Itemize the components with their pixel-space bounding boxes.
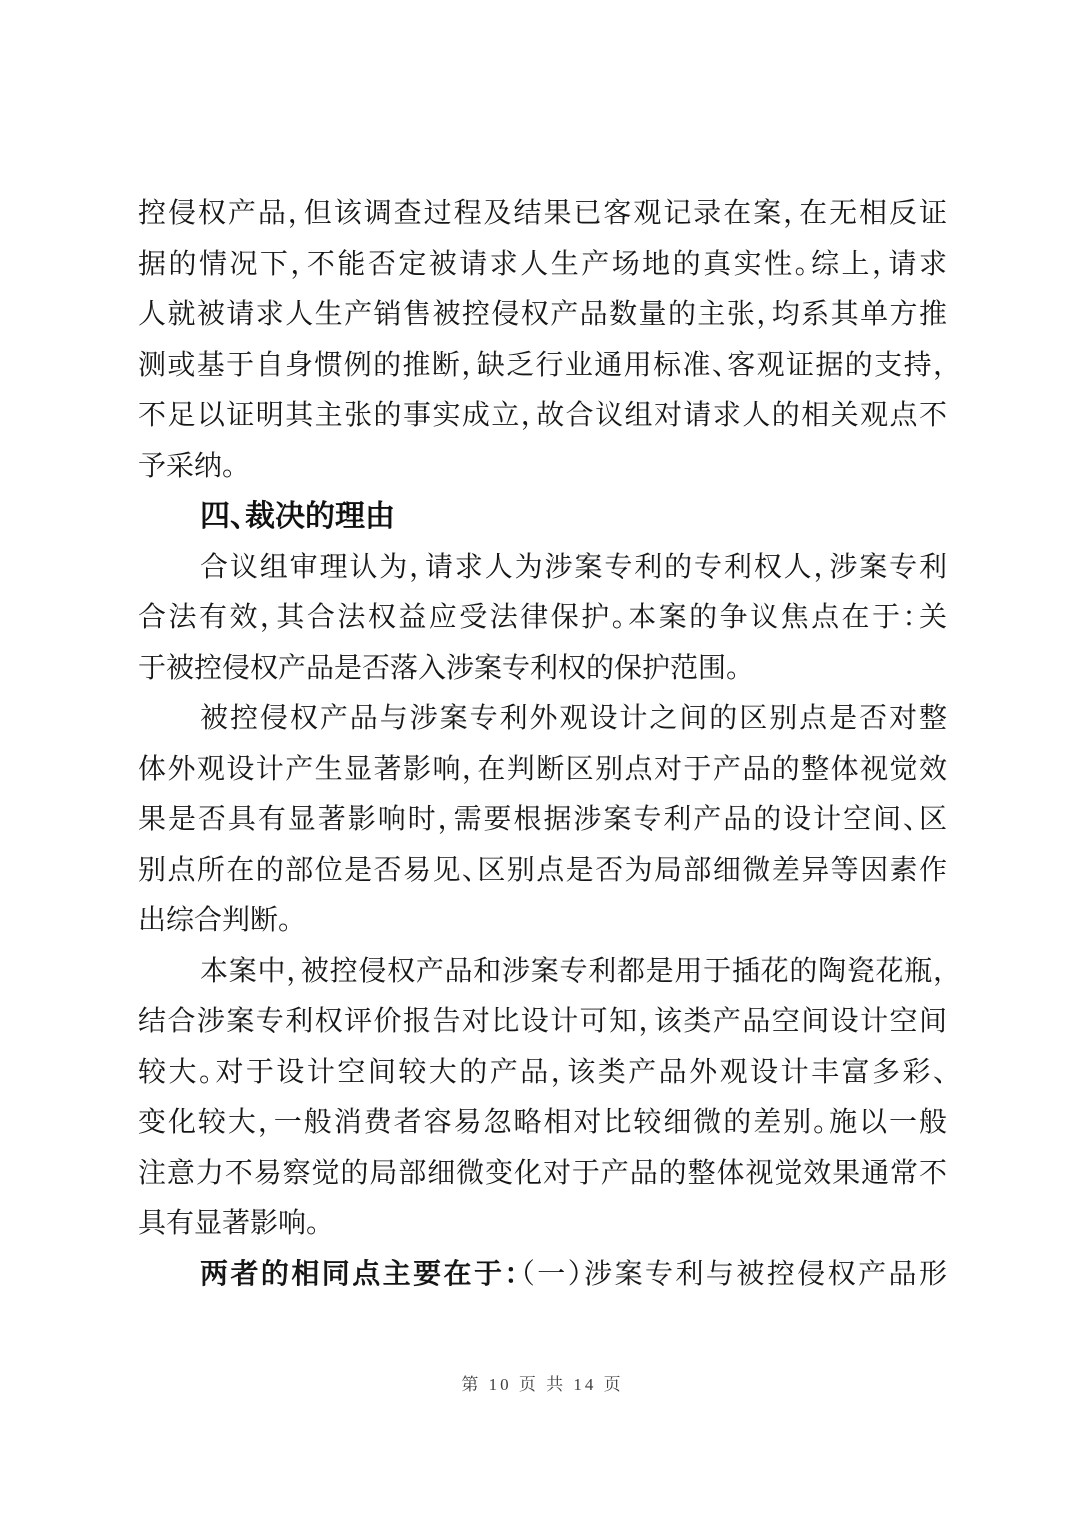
bold-lead-text: 两者的相同点主要在于： — [200, 1259, 521, 1290]
text-line: 出综合判断。 — [138, 896, 947, 947]
page-number-text: 第 10 页 共 14 页 — [461, 1375, 623, 1394]
text-line: 体外观设计产生显著影响，在判断区别点对于产品的整体视觉效 — [138, 745, 947, 796]
text-line: 控侵权产品，但该调查过程及结果已客观记录在案，在无相反证 — [138, 189, 947, 240]
paragraph-similarities: 两者的相同点主要在于：（一）涉案专利与被控侵权产品形 — [138, 1250, 947, 1301]
text-line: 注意力不易察觉的局部细微变化对于产品的整体视觉效果通常不 — [138, 1149, 947, 1200]
document-body: 控侵权产品，但该调查过程及结果已客观记录在案，在无相反证 据的情况下，不能否定被… — [138, 189, 947, 1300]
text-line: 较大。对于设计空间较大的产品，该类产品外观设计丰富多彩、 — [138, 1048, 947, 1099]
text-line: 结合涉案专利权评价报告对比设计可知，该类产品空间设计空间 — [138, 997, 947, 1048]
text-line: 变化较大，一般消费者容易忽略相对比较细微的差别。施以一般 — [138, 1098, 947, 1149]
text-line: 合议组审理认为，请求人为涉案专利的专利权人，涉案专利 — [138, 543, 947, 594]
paragraph-judgment-criteria: 被控侵权产品与涉案专利外观设计之间的区别点是否对整 体外观设计产生显著影响，在判… — [138, 694, 947, 947]
paragraph-dispute-focus: 合议组审理认为，请求人为涉案专利的专利权人，涉案专利 合法有效，其合法权益应受法… — [138, 543, 947, 695]
text-line: 测或基于自身惯例的推断，缺乏行业通用标准、客观证据的支持， — [138, 341, 947, 392]
text-line: 被控侵权产品与涉案专利外观设计之间的区别点是否对整 — [138, 694, 947, 745]
document-page: 控侵权产品，但该调查过程及结果已客观记录在案，在无相反证 据的情况下，不能否定被… — [0, 0, 1074, 1520]
text-line: 本案中，被控侵权产品和涉案专利都是用于插花的陶瓷花瓶， — [138, 947, 947, 998]
text-line: 具有显著影响。 — [138, 1199, 947, 1250]
text-line: 两者的相同点主要在于：（一）涉案专利与被控侵权产品形 — [138, 1250, 947, 1301]
text-line: 不足以证明其主张的事实成立，故合议组对请求人的相关观点不 — [138, 391, 947, 442]
text-line: 人就被请求人生产销售被控侵权产品数量的主张，均系其单方推 — [138, 290, 947, 341]
text-line: 予采纳。 — [138, 442, 947, 493]
paragraph-design-space: 本案中，被控侵权产品和涉案专利都是用于插花的陶瓷花瓶， 结合涉案专利权评价报告对… — [138, 947, 947, 1250]
paragraph-continuation: 控侵权产品，但该调查过程及结果已客观记录在案，在无相反证 据的情况下，不能否定被… — [138, 189, 947, 492]
text-line: 于被控侵权产品是否落入涉案专利权的保护范围。 — [138, 644, 947, 695]
text-line: 果是否具有显著影响时，需要根据涉案专利产品的设计空间、区 — [138, 795, 947, 846]
text-line: 别点所在的部位是否易见、区别点是否为局部细微差异等因素作 — [138, 846, 947, 897]
text-line: 据的情况下，不能否定被请求人生产场地的真实性。综上，请求 — [138, 240, 947, 291]
section-heading: 四、裁决的理由 — [138, 492, 947, 543]
page-footer: 第 10 页 共 14 页 — [138, 1370, 947, 1395]
body-text: （一）涉案专利与被控侵权产品形 — [521, 1259, 947, 1290]
text-line: 合法有效，其合法权益应受法律保护。本案的争议焦点在于：关 — [138, 593, 947, 644]
